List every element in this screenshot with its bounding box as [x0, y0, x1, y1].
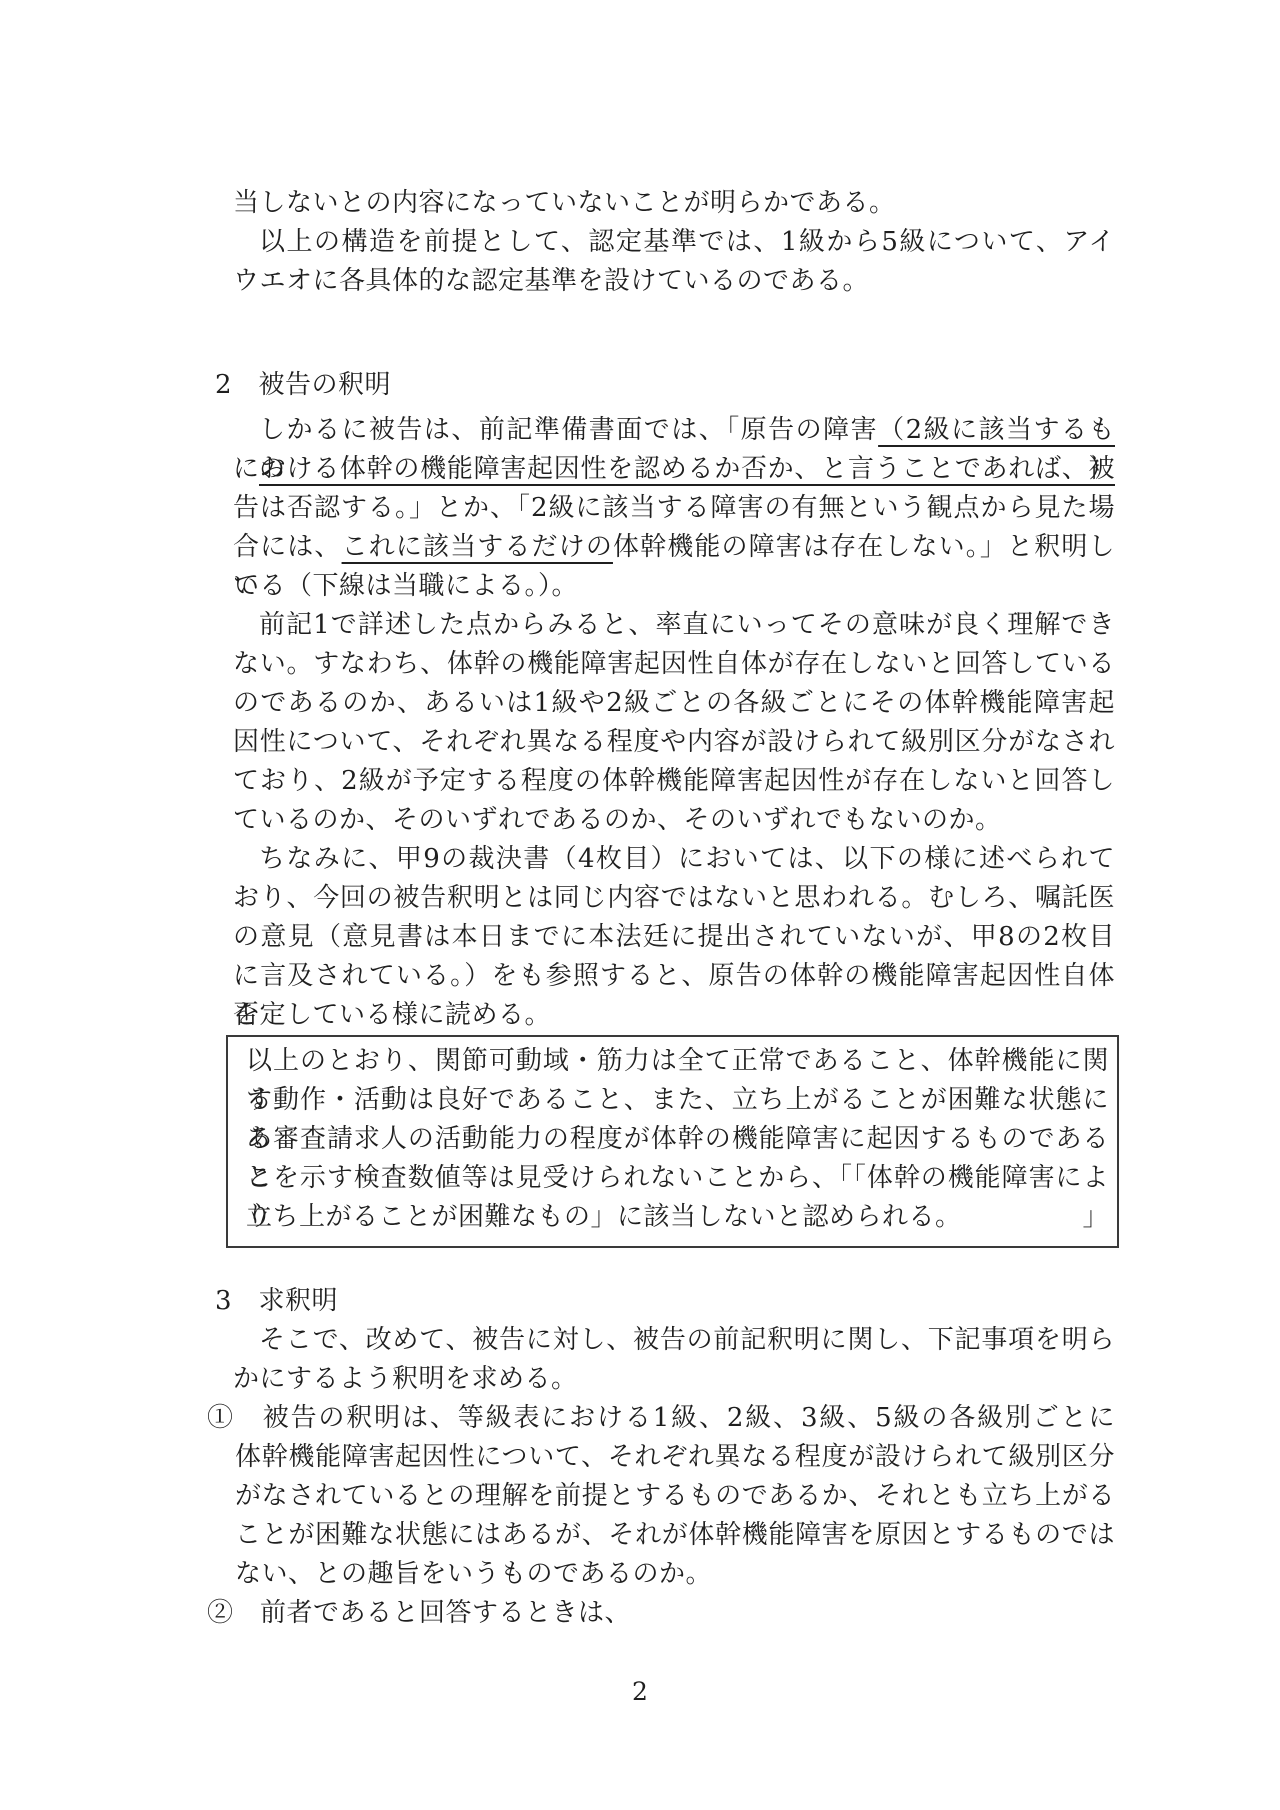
text-segment: そこで、改めて、被告に対し、被告の前記釈明に関し、下記事項を明ら: [259, 1325, 1115, 1355]
text-segment: 2 被告の釈明: [215, 370, 391, 400]
text-line: 2 被告の釈明: [207, 366, 1115, 405]
text-segment: ない、との趣旨をいうものであるのか。: [235, 1559, 712, 1589]
text-segment: 因性について、それぞれ異なる程度や内容が設けられて級別区分がなされ: [233, 727, 1115, 757]
text-line: 因性について、それぞれ異なる程度や内容が設けられて級別区分がなされ: [207, 723, 1115, 762]
text-segment: かにするよう釈明を求める。: [233, 1364, 578, 1394]
text-segment: 当しないとの内容になっていないことが明らかである。: [233, 188, 896, 218]
text-segment: 3 求釈明: [215, 1286, 338, 1316]
text-segment: いる（下線は当職による。）。: [233, 571, 578, 601]
text-segment: 告は否認する。」とか、「2級に該当する障害の有無という観点から見た場: [233, 493, 1115, 523]
document-body: 当しないとの内容になっていないことが明らかである。以上の構造を前提として、認定基…: [207, 184, 1115, 1633]
text-segment: における体幹の機能障害起因性を認めるか否か、と言うことであれば、被: [233, 454, 1115, 484]
text-segment: ウエオに各具体的な認定基準を設けているのである。: [233, 266, 869, 296]
ruling-quote-box: 以上のとおり、関節可動域・筋力は全て正常であること、体幹機能に関する動作・活動は…: [226, 1035, 1119, 1248]
text-segment: のであるのか、あるいは1級や2級ごとの各級ごとにその体幹機能障害起: [233, 688, 1115, 718]
text-segment: 否定している様に読める。: [233, 1000, 551, 1030]
text-line: ウエオに各具体的な認定基準を設けているのである。: [207, 262, 1115, 301]
text-segment: ているのか、そのいずれであるのか、そのいずれでもないのか。: [233, 805, 1002, 835]
text-segment: 立ち上がることが困難なもの」に該当しないと認められる。: [246, 1202, 962, 1232]
text-line: 合には、これに該当するだけの体幹機能の障害は存在しない。」と釈明して: [207, 528, 1115, 567]
section-2-para-1: しかるに被告は、前記準備書面では、「原告の障害（2級に該当するもの）における体幹…: [207, 411, 1115, 606]
text-line: ① 被告の釈明は、等級表における1級、2級、3級、5級の各級別ごとに: [207, 1399, 1115, 1438]
text-line: ない、との趣旨をいうものであるのか。: [207, 1555, 1115, 1594]
text-segment: ない。すなわち、体幹の機能障害起因性自体が存在しないと回答している: [233, 649, 1115, 679]
text-segment: ことが困難な状態にはあるが、それが体幹機能障害を原因とするものでは: [235, 1520, 1115, 1550]
text-line: 告は否認する。」とか、「2級に該当する障害の有無という観点から見た場: [207, 489, 1115, 528]
text-line: ているのか、そのいずれであるのか、そのいずれでもないのか。: [207, 801, 1115, 840]
text-segment: 前記1で詳述した点からみると、率直にいってその意味が良く理解でき: [259, 610, 1115, 640]
text-line: ており、2級が予定する程度の体幹機能障害起因性が存在しないと回答し: [207, 762, 1115, 801]
text-line: ない。すなわち、体幹の機能障害起因性自体が存在しないと回答している: [207, 645, 1115, 684]
text-segment: 以上の構造を前提として、認定基準では、1級から5級について、アイ: [259, 227, 1115, 257]
text-segment: ① 被告の釈明は、等級表における1級、2級、3級、5級の各級別ごとに: [207, 1403, 1115, 1433]
document-page: 当しないとの内容になっていないことが明らかである。以上の構造を前提として、認定基…: [0, 0, 1280, 1810]
text-segment: おり、今回の被告釈明とは同じ内容ではないと思われる。むしろ、嘱託医: [233, 883, 1115, 913]
text-line: 以上の構造を前提として、認定基準では、1級から5級について、アイ: [207, 223, 1115, 262]
text-line: 以上のとおり、関節可動域・筋力は全て正常であること、体幹機能に関す: [246, 1042, 1109, 1081]
text-line: に言及されている。）をも参照すると、原告の体幹の機能障害起因性自体を: [207, 957, 1115, 996]
text-line: の意見（意見書は本日までに本法廷に提出されていないが、甲8の2枚目: [207, 918, 1115, 957]
text-line: ちなみに、甲9の裁決書（4枚目）においては、以下の様に述べられて: [207, 840, 1115, 879]
text-line: とを示す検査数値等は見受けられないことから、「「体幹の機能障害により」: [246, 1159, 1109, 1198]
text-line: かにするよう釈明を求める。: [207, 1360, 1115, 1399]
page-number: 2: [632, 1677, 648, 1706]
text-line: がなされているとの理解を前提とするものであるか、それとも立ち上がる: [207, 1477, 1115, 1516]
text-line: しかるに被告は、前記準備書面では、「原告の障害（2級に該当するもの）: [207, 411, 1115, 450]
section-2-para-3: ちなみに、甲9の裁決書（4枚目）においては、以下の様に述べられており、今回の被告…: [207, 840, 1115, 1035]
text-line: る動作・活動は良好であること、また、立ち上がることが困難な状態にあ: [246, 1081, 1109, 1120]
text-line: ② 前者であると回答するときは、: [207, 1594, 1115, 1633]
text-line: 前記1で詳述した点からみると、率直にいってその意味が良く理解でき: [207, 606, 1115, 645]
text-line: 否定している様に読める。: [207, 996, 1115, 1035]
text-line: そこで、改めて、被告に対し、被告の前記釈明に関し、下記事項を明ら: [207, 1321, 1115, 1360]
text-segment: がなされているとの理解を前提とするものであるか、それとも立ち上がる: [235, 1481, 1115, 1511]
text-segment: 体幹機能障害起因性について、それぞれ異なる程度が設けられて級別区分: [235, 1442, 1115, 1472]
text-line: る審査請求人の活動能力の程度が体幹の機能障害に起因するものであるこ: [246, 1120, 1109, 1159]
underlined-text: これに該当するだけの: [342, 532, 613, 562]
text-line: 体幹機能障害起因性について、それぞれ異なる程度が設けられて級別区分: [207, 1438, 1115, 1477]
text-segment: ② 前者であると回答するときは、: [207, 1598, 631, 1628]
section-2-para-2: 前記1で詳述した点からみると、率直にいってその意味が良く理解できない。すなわち、…: [207, 606, 1115, 840]
text-line: 3 求釈明: [207, 1282, 1115, 1321]
text-segment: ちなみに、甲9の裁決書（4枚目）においては、以下の様に述べられて: [259, 844, 1115, 874]
section-2-heading: 2 被告の釈明: [207, 366, 1115, 405]
text-line: における体幹の機能障害起因性を認めるか否か、と言うことであれば、被: [207, 450, 1115, 489]
text-line: ことが困難な状態にはあるが、それが体幹機能障害を原因とするものでは: [207, 1516, 1115, 1555]
section-3-heading: 3 求釈明: [207, 1282, 1115, 1321]
text-line: おり、今回の被告釈明とは同じ内容ではないと思われる。むしろ、嘱託医: [207, 879, 1115, 918]
request-item-1: ① 被告の釈明は、等級表における1級、2級、3級、5級の各級別ごとに体幹機能障害…: [207, 1399, 1115, 1594]
text-line: いる（下線は当職による。）。: [207, 567, 1115, 606]
text-line: のであるのか、あるいは1級や2級ごとの各級ごとにその体幹機能障害起: [207, 684, 1115, 723]
section-3-para-1: そこで、改めて、被告に対し、被告の前記釈明に関し、下記事項を明らかにするよう釈明…: [207, 1321, 1115, 1399]
page-footer: 2: [0, 1672, 1280, 1711]
text-line: 当しないとの内容になっていないことが明らかである。: [207, 184, 1115, 223]
text-segment: の意見（意見書は本日までに本法廷に提出されていないが、甲8の2枚目: [233, 922, 1115, 952]
text-segment: 合には、: [233, 532, 342, 562]
continuation-paragraph: 当しないとの内容になっていないことが明らかである。以上の構造を前提として、認定基…: [207, 184, 1115, 301]
text-segment: しかるに被告は、前記準備書面では、「原告の障害: [259, 415, 878, 445]
request-item-2: ② 前者であると回答するときは、: [207, 1594, 1115, 1633]
text-segment: ており、2級が予定する程度の体幹機能障害起因性が存在しないと回答し: [233, 766, 1115, 796]
